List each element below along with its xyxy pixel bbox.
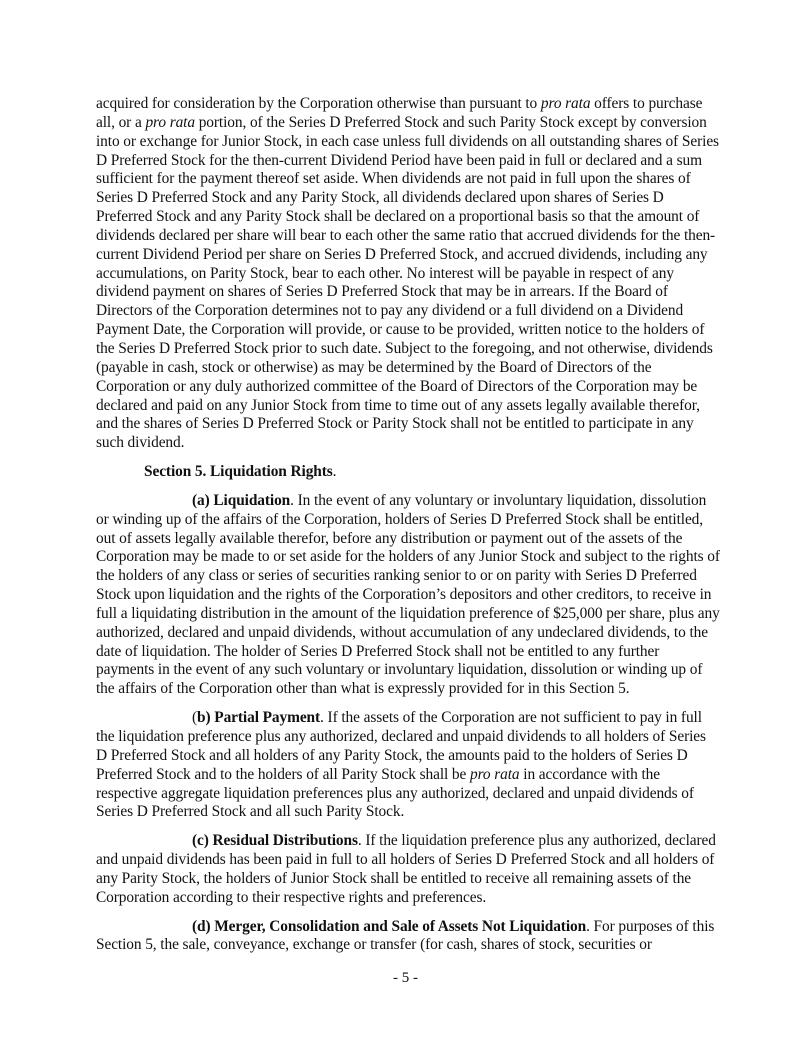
subsection-title: (d) Merger, Consolidation and Sale of As… <box>192 918 586 935</box>
subsection-title: (c) Residual Distributions <box>192 832 358 849</box>
subsection-d-merger: (d) Merger, Consolidation and Sale of As… <box>96 918 720 956</box>
paragraph-dividends-continued: acquired for consideration by the Corpor… <box>96 95 720 453</box>
page-number: - 5 - <box>0 970 811 987</box>
italic-pro-rata: pro rata <box>541 95 591 112</box>
subsection-c-residual-distributions: (c) Residual Distributions. If the liqui… <box>96 832 720 907</box>
italic-pro-rata: pro rata <box>470 766 520 783</box>
subsection-title: (a) Liquidation <box>192 492 290 509</box>
subsection-b-partial-payment: (b) Partial Payment. If the assets of th… <box>96 709 720 822</box>
document-page: acquired for consideration by the Corpor… <box>96 95 720 965</box>
section-heading: Section 5. Liquidation Rights. <box>96 463 720 482</box>
subsection-title: b) Partial Payment <box>197 709 320 726</box>
italic-pro-rata: pro rata <box>145 114 195 131</box>
subsection-a-liquidation: (a) Liquidation. In the event of any vol… <box>96 492 720 699</box>
